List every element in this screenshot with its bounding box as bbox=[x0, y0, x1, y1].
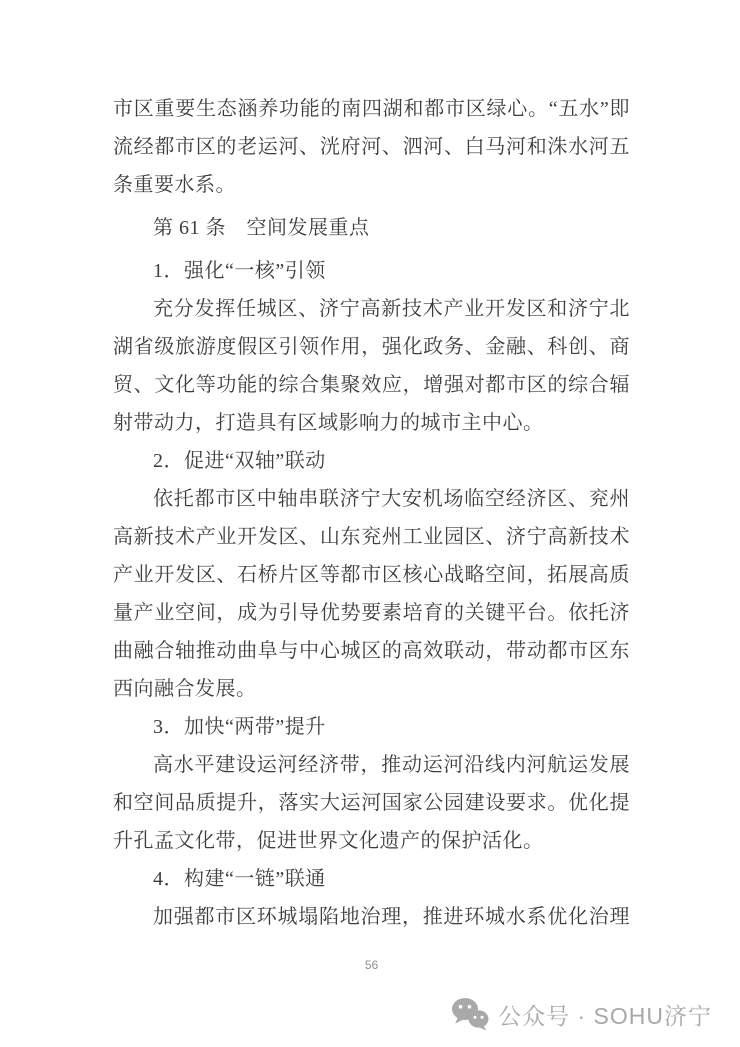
wechat-icon bbox=[451, 997, 489, 1031]
item-heading-3: 3．加快“两带”提升 bbox=[113, 708, 630, 746]
document-page: 市区重要生态涵养功能的南四湖和都市区绿心。“五水”即流经都市区的老运河、洸府河、… bbox=[0, 0, 740, 1047]
paragraph-item-3: 高水平建设运河经济带，推动运河沿线内河航运发展和空间品质提升，落实大运河国家公园… bbox=[113, 746, 630, 860]
paragraph-item-4: 加强都市区环城塌陷地治理，推进环城水系优化治理 bbox=[113, 898, 630, 936]
watermark: 公众号 · SOHU济宁 bbox=[451, 997, 712, 1031]
paragraph-continuation: 市区重要生态涵养功能的南四湖和都市区绿心。“五水”即流经都市区的老运河、洸府河、… bbox=[113, 90, 630, 204]
watermark-text: 公众号 · SOHU济宁 bbox=[498, 998, 712, 1031]
item-heading-2: 2．促进“双轴”联动 bbox=[113, 442, 630, 480]
article-heading: 第 61 条 空间发展重点 bbox=[113, 209, 630, 247]
item-heading-4: 4．构建“一链”联通 bbox=[113, 860, 630, 898]
paragraph-item-1: 充分发挥任城区、济宁高新技术产业开发区和济宁北湖省级旅游度假区引领作用，强化政务… bbox=[113, 290, 630, 442]
paragraph-item-2: 依托都市区中轴串联济宁大安机场临空经济区、兖州高新技术产业开发区、山东兖州工业园… bbox=[113, 480, 630, 708]
page-number: 56 bbox=[113, 958, 630, 972]
item-heading-1: 1．强化“一核”引领 bbox=[113, 252, 630, 290]
document-body: 市区重要生态涵养功能的南四湖和都市区绿心。“五水”即流经都市区的老运河、洸府河、… bbox=[113, 90, 630, 936]
